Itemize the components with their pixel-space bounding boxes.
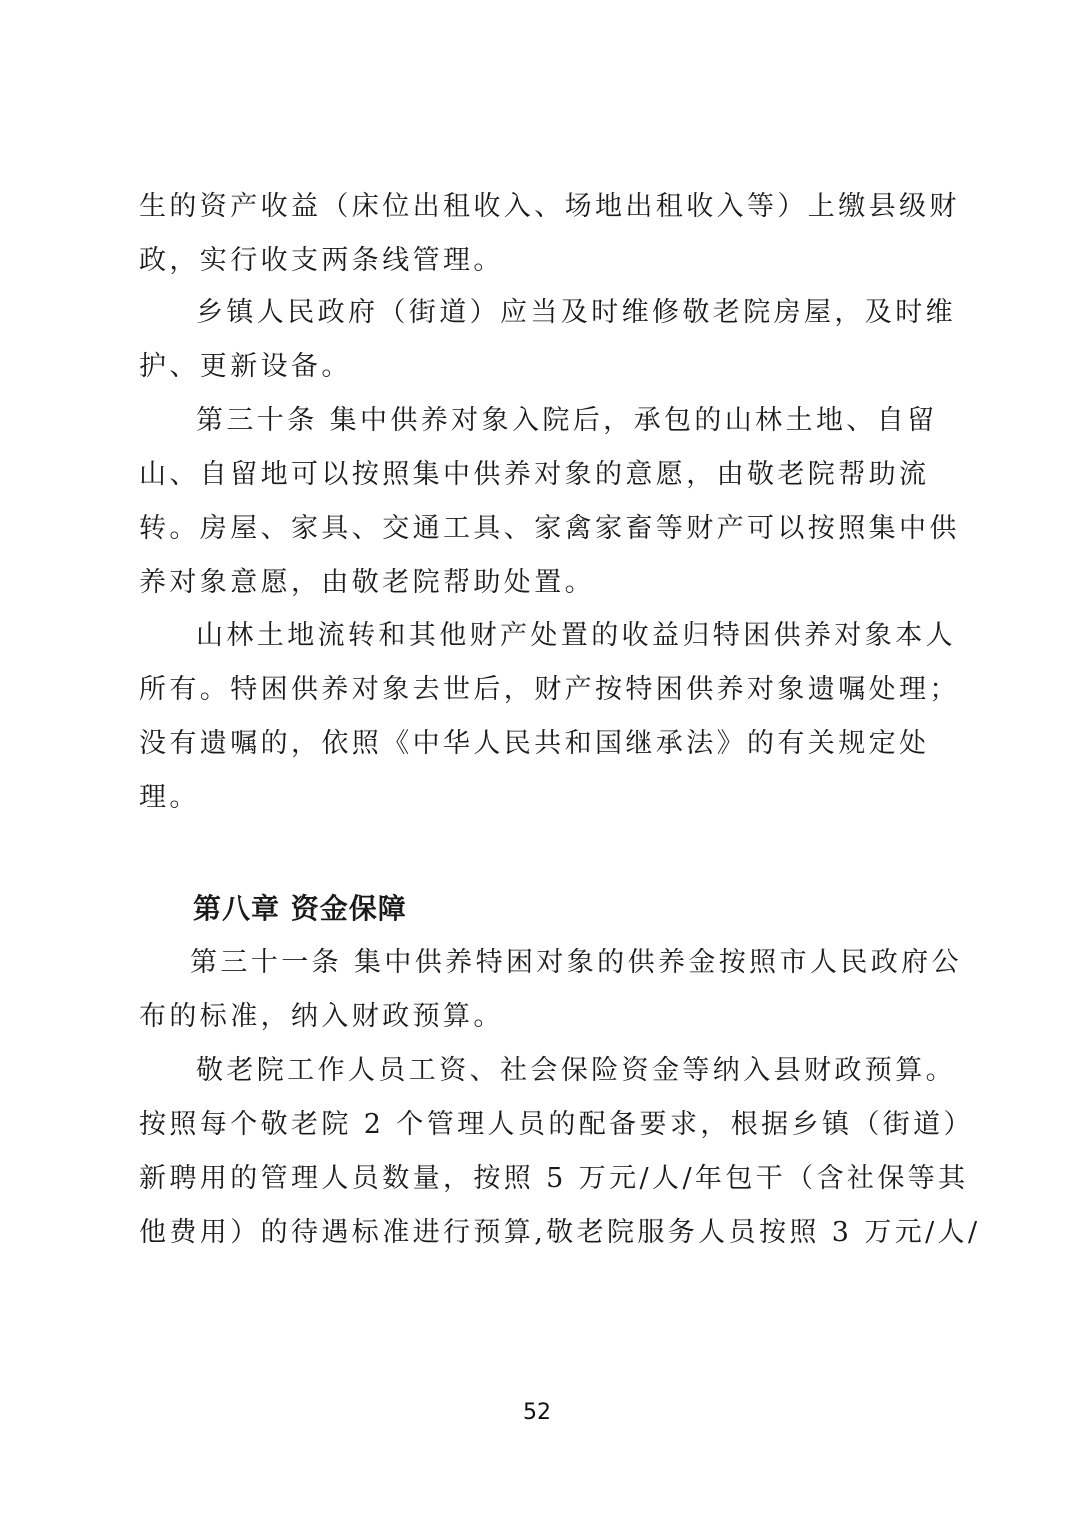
paragraph-line: 山林土地流转和其他财产处置的收益归特困供养对象本人 bbox=[196, 619, 956, 653]
paragraph-line: 所有。特困供养对象去世后，财产按特困供养对象遗嘱处理； bbox=[139, 673, 960, 707]
paragraph-line: 敬老院工作人员工资、社会保险资金等纳入县财政预算。 bbox=[196, 1054, 956, 1088]
paragraph-line: 生的资产收益（床位出租收入、场地出租收入等）上缴县级财 bbox=[139, 190, 960, 224]
chapter-heading: 第八章 资金保障 bbox=[193, 892, 407, 926]
paragraph-line: 转。房屋、家具、交通工具、家禽家畜等财产可以按照集中供 bbox=[139, 512, 960, 546]
paragraph-line: 没有遗嘱的，依照《中华人民共和国继承法》的有关规定处 bbox=[139, 727, 929, 761]
article-31-line: 第三十一条 集中供养特困对象的供养金按照市人民政府公 bbox=[190, 946, 962, 980]
article-30-line: 第三十条 集中供养对象入院后，承包的山林土地、自留 bbox=[196, 404, 938, 438]
paragraph-line: 乡镇人民政府（街道）应当及时维修敬老院房屋，及时维 bbox=[196, 296, 956, 330]
paragraph-line: 按照每个敬老院 2 个管理人员的配备要求，根据乡镇（街道） bbox=[139, 1108, 974, 1142]
paragraph-line: 布的标准，纳入财政预算。 bbox=[139, 1000, 504, 1034]
paragraph-line: 理。 bbox=[139, 781, 200, 815]
page-number: 52 bbox=[0, 1400, 1074, 1425]
paragraph-line: 新聘用的管理人员数量，按照 5 万元/人/年包干（含社保等其 bbox=[139, 1162, 969, 1196]
paragraph-line: 政，实行收支两条线管理。 bbox=[139, 244, 504, 278]
paragraph-line: 护、更新设备。 bbox=[139, 350, 352, 384]
paragraph-line: 他费用）的待遇标准进行预算,敬老院服务人员按照 3 万元/人/ bbox=[139, 1216, 981, 1250]
paragraph-line: 山、自留地可以按照集中供养对象的意愿，由敬老院帮助流 bbox=[139, 458, 929, 492]
document-page: 生的资产收益（床位出租收入、场地出租收入等）上缴县级财 政，实行收支两条线管理。… bbox=[0, 0, 1074, 1520]
paragraph-line: 养对象意愿，由敬老院帮助处置。 bbox=[139, 566, 595, 600]
